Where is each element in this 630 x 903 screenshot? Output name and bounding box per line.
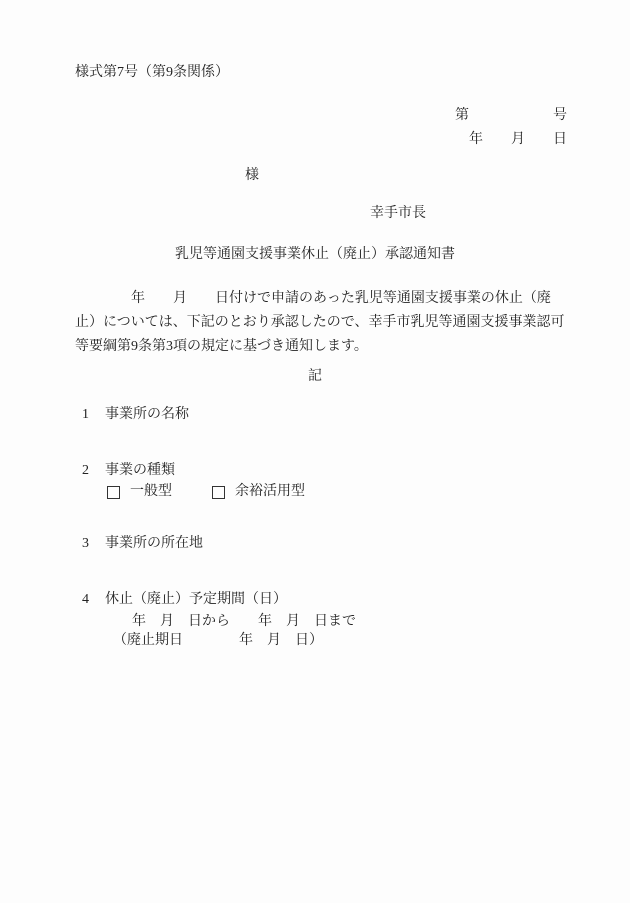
option-general-label: 一般型 — [130, 483, 172, 501]
item-4-number: 4 — [82, 591, 105, 609]
doc-number-line: 第 号 — [455, 107, 567, 125]
item-2-label: 事業の種類 — [105, 463, 175, 478]
document-page: 様式第7号（第9条関係） 第 号 年 月 日 様 幸手市長 乳児等通園支援事業休… — [0, 0, 630, 903]
item-1-label: 事業所の名称 — [105, 407, 189, 422]
item-suspension-period: 4休止（廃止）予定期間（日） — [82, 591, 287, 609]
document-title: 乳児等通園支援事業休止（廃止）承認通知書 — [0, 246, 630, 264]
business-type-options: 一般型 余裕活用型 — [107, 483, 305, 501]
issue-date-line: 年 月 日 — [469, 131, 567, 149]
checkbox-surplus-icon — [212, 486, 225, 499]
body-paragraph: 年 月 日付けで申請のあった乳児等通園支援事業の休止（廃 止）については、下記の… — [75, 287, 623, 359]
period-date-range-line: 年 月 日から 年 月 日まで — [132, 613, 356, 631]
record-marker: 記 — [0, 368, 630, 386]
item-3-number: 3 — [82, 535, 105, 553]
item-business-name: 1事業所の名称 — [82, 406, 189, 424]
item-1-number: 1 — [82, 406, 105, 424]
checkbox-general-icon — [107, 486, 120, 499]
option-surplus: 余裕活用型 — [212, 483, 305, 501]
recipient-honorific: 様 — [245, 167, 259, 185]
item-business-address: 3事業所の所在地 — [82, 535, 203, 553]
sender-name: 幸手市長 — [370, 205, 426, 223]
abolition-date-line: （廃止期日 年 月 日） — [113, 632, 323, 650]
item-business-type: 2事業の種類 — [82, 462, 175, 480]
item-4-label: 休止（廃止）予定期間（日） — [105, 592, 287, 607]
option-surplus-label: 余裕活用型 — [235, 483, 305, 501]
item-2-number: 2 — [82, 462, 105, 480]
option-general: 一般型 — [107, 483, 172, 501]
item-3-label: 事業所の所在地 — [105, 536, 203, 551]
form-number: 様式第7号（第9条関係） — [75, 64, 229, 82]
